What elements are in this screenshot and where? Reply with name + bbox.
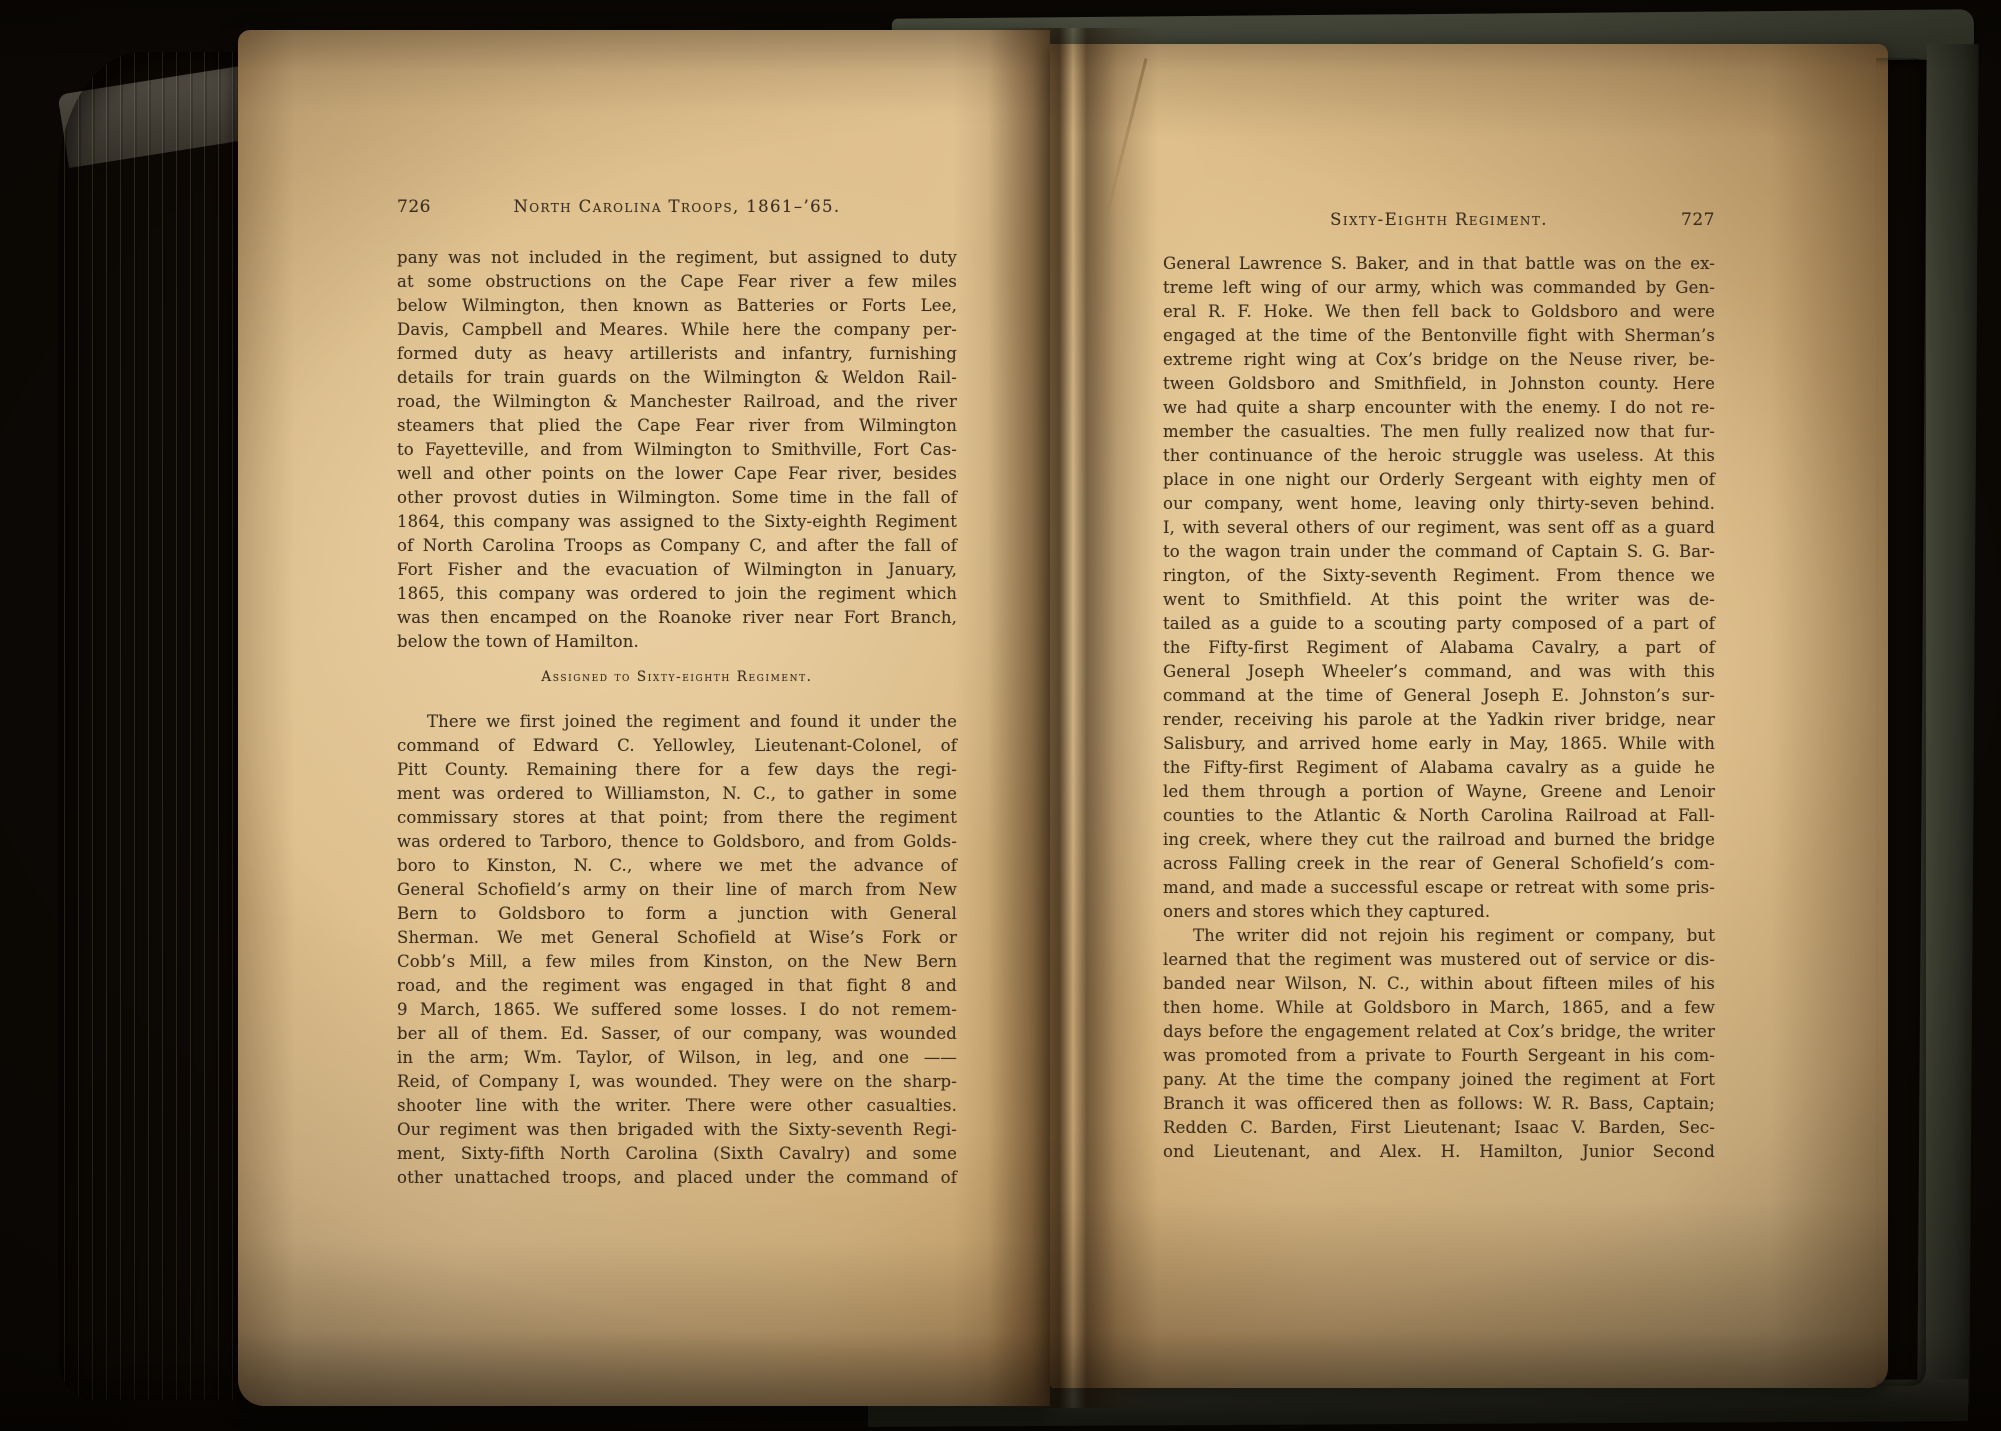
right-page-content: Sixty-Eighth Regiment. 727 General Lawre… [1163,210,1715,1164]
right-page-body: General Lawrence S. Baker, and in that b… [1163,252,1715,1164]
text-line: other unattached troops, and placed unde… [397,1166,957,1190]
text-line: we had quite a sharp encounter with the … [1163,396,1715,420]
text-line: Pitt County. Remaining there for a few d… [397,758,957,782]
text-line: ment was ordered to Williamston, N. C., … [397,782,957,806]
text-line: ber all of them. Ed. Sasser, of our comp… [397,1022,957,1046]
text-line: steamers that plied the Cape Fear river … [397,414,957,438]
text-line: was ordered to Tarboro, thence to Goldsb… [397,830,957,854]
text-line: in the arm; Wm. Taylor, of Wilson, in le… [397,1046,957,1070]
text-line: Bern to Goldsboro to form a junction wit… [397,902,957,926]
text-line: General Schofield’s army on their line o… [397,878,957,902]
book-cover-right-edge [1917,44,1978,1404]
paragraph: pany was not included in the regiment, b… [397,246,957,654]
text-line: eral R. F. Hoke. We then fell back to Go… [1163,300,1715,324]
left-page-body: pany was not included in the regiment, b… [397,246,957,1190]
text-line: road, and the regiment was engaged in th… [397,974,957,998]
paragraph: There we first joined the regiment and f… [397,710,957,1190]
text-line: the Fifty-first Regiment of Alabama cava… [1163,756,1715,780]
text-line: learned that the regiment was mustered o… [1163,948,1715,972]
text-line: Salisbury, and arrived home early in May… [1163,732,1715,756]
text-line: below Wilmington, then known as Batterie… [397,294,957,318]
left-page-content: 726 North Carolina Troops, 1861–’65. pan… [397,197,957,1190]
text-line: command of Edward C. Yellowley, Lieutena… [397,734,957,758]
text-line: member the casualties. The men fully rea… [1163,420,1715,444]
text-line: of North Carolina Troops as Company C, a… [397,534,957,558]
text-line: days before the engagement related at Co… [1163,1020,1715,1044]
text-line: command at the time of General Joseph E.… [1163,684,1715,708]
text-line: tailed as a guide to a scouting party co… [1163,612,1715,636]
text-line: mand, and made a successful escape or re… [1163,876,1715,900]
paragraph: The writer did not rejoin his regiment o… [1163,924,1715,1164]
text-line: other provost duties in Wilmington. Some… [397,486,957,510]
text-line: render, receiving his parole at the Yadk… [1163,708,1715,732]
text-line: 9 March, 1865. We suffered some losses. … [397,998,957,1022]
text-line: General Lawrence S. Baker, and in that b… [1163,252,1715,276]
text-line: ond Lieutenant, and Alex. H. Hamilton, J… [1163,1140,1715,1164]
text-line: pany. At the time the company joined the… [1163,1068,1715,1092]
text-line: counties to the Atlantic & North Carolin… [1163,804,1715,828]
text-line: Cobb’s Mill, a few miles from Kinston, o… [397,950,957,974]
text-line: led them through a portion of Wayne, Gre… [1163,780,1715,804]
text-line: oners and stores which they captured. [1163,900,1715,924]
right-page-header: Sixty-Eighth Regiment. 727 [1163,210,1715,232]
text-line: Reid, of Company I, was wounded. They we… [397,1070,957,1094]
text-line: Sherman. We met General Schofield at Wis… [397,926,957,950]
text-line: road, the Wilmington & Manchester Railro… [397,390,957,414]
text-line: tween Goldsboro and Smithfield, in Johns… [1163,372,1715,396]
text-line: Davis, Campbell and Meares. While here t… [397,318,957,342]
text-line: engaged at the time of the Bentonville f… [1163,324,1715,348]
text-line: 1865, this company was ordered to join t… [397,582,957,606]
text-line: below the town of Hamilton. [397,630,957,654]
text-line: our company, went home, leaving only thi… [1163,492,1715,516]
text-line: I, with several others of our regiment, … [1163,516,1715,540]
right-page-stack-fore-edge [1876,58,1926,1386]
text-line: the Fifty-first Regiment of Alabama Cava… [1163,636,1715,660]
text-line: Branch it was officered then as follows:… [1163,1092,1715,1116]
text-line: Redden C. Barden, First Lieutenant; Isaa… [1163,1116,1715,1140]
open-book-photo: 726 North Carolina Troops, 1861–’65. pan… [0,0,2001,1431]
left-page-stack-fore-edge [58,52,248,1400]
text-line: well and other points on the lower Cape … [397,462,957,486]
text-line: shooter line with the writer. There were… [397,1094,957,1118]
text-line: commissary stores at that point; from th… [397,806,957,830]
left-page-header: 726 North Carolina Troops, 1861–’65. [397,197,957,219]
text-line: across Falling creek in the rear of Gene… [1163,852,1715,876]
text-line: went to Smithfield. At this point the wr… [1163,588,1715,612]
right-page-number: 727 [1681,210,1715,230]
text-line: rington, of the Sixty-seventh Regiment. … [1163,564,1715,588]
section-heading: Assigned to Sixty-eighth Regiment. [397,668,957,686]
text-line: to the wagon train under the command of … [1163,540,1715,564]
text-line: ing creek, where they cut the railroad a… [1163,828,1715,852]
text-line: details for train guards on the Wilmingt… [397,366,957,390]
text-line: Our regiment was then brigaded with the … [397,1118,957,1142]
text-line: treme left wing of our army, which was c… [1163,276,1715,300]
text-line: ther continuance of the heroic struggle … [1163,444,1715,468]
left-page-number: 726 [397,197,431,217]
text-line: There we first joined the regiment and f… [397,710,957,734]
text-line: to Fayetteville, and from Wilmington to … [397,438,957,462]
text-line: was promoted from a private to Fourth Se… [1163,1044,1715,1068]
text-line: banded near Wilson, N. C., within about … [1163,972,1715,996]
text-line: was then encamped on the Roanoke river n… [397,606,957,630]
text-line: extreme right wing at Cox’s bridge on th… [1163,348,1715,372]
text-line: place in one night our Orderly Sergeant … [1163,468,1715,492]
text-line: at some obstructions on the Cape Fear ri… [397,270,957,294]
text-line: boro to Kinston, N. C., where we met the… [397,854,957,878]
paragraph: General Lawrence S. Baker, and in that b… [1163,252,1715,924]
right-running-title: Sixty-Eighth Regiment. [1330,210,1548,229]
text-line: General Joseph Wheeler’s command, and wa… [1163,660,1715,684]
text-line: pany was not included in the regiment, b… [397,246,957,270]
text-line: then home. While at Goldsboro in March, … [1163,996,1715,1020]
left-running-title: North Carolina Troops, 1861–’65. [513,197,840,216]
text-line: formed duty as heavy artillerists and in… [397,342,957,366]
text-line: 1864, this company was assigned to the S… [397,510,957,534]
text-line: Fort Fisher and the evacuation of Wilmin… [397,558,957,582]
text-line: ment, Sixty-fifth North Carolina (Sixth … [397,1142,957,1166]
text-line: The writer did not rejoin his regiment o… [1163,924,1715,948]
